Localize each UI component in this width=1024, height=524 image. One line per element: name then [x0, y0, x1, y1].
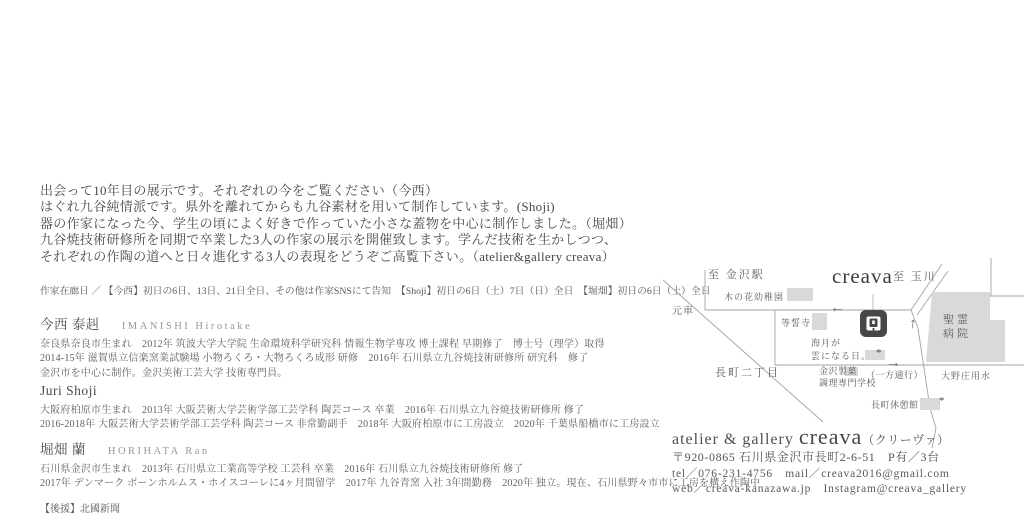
creava-emblem-icon [860, 310, 887, 337]
artist-bio-line: 奈良県奈良市生まれ 2012年 筑波大学大学院 生命環境科学研究科 情報生物学専… [40, 338, 605, 352]
intro-line: 出会って10年目の展示です。それぞれの今をご覧ください（今西） [40, 183, 632, 199]
intro-line: それぞれの作陶の道へと日々進化する3人の表現をどうぞご高覧下さい。（atelie… [40, 249, 632, 265]
arrow-right-icon: → [886, 355, 901, 372]
attendance-days-line: 作家在廊日 ／ 【今西】初日の6日、13日、21日全日、その他は作家SNSにて告… [40, 283, 711, 297]
artist-name-ja: Juri Shoji [40, 383, 97, 398]
gallery-name-line: atelier & gallery creava（クリーヴァ） [672, 424, 950, 450]
intro-paragraph: 出会って10年目の展示です。それぞれの今をご覧ください（今西） はぐれ九谷純情派… [40, 183, 632, 265]
map-label-to-tamagawa: 至 玉川 [893, 268, 937, 284]
gallery-address: 〒920-0865 石川県金沢市長町2-6-51 P有／3台 [672, 448, 940, 465]
building-temple [812, 313, 827, 330]
artist-bio-line: 2016-2018年 大阪芸術大学芸術学部工芸学科 陶芸コース 非常勤副手 20… [40, 418, 660, 432]
map-label-onosho-canal: 大野庄用水 [941, 369, 991, 382]
map-label-kindergarten: 木の花幼稚園 [724, 290, 784, 303]
building-rest-house [920, 398, 940, 410]
road-top-right [990, 258, 1024, 296]
artist-bio-line: 石川県金沢市生まれ 2013年 石川県立工業高等学校 工芸科 卒業 2016年 … [40, 463, 760, 477]
building-kindergarten [787, 288, 813, 301]
artist-bio-line: 金沢市を中心に制作。金沢美術工芸大学 技術専門員。 [40, 367, 605, 381]
map-label-seirei-hospital: 聖霊 病院 [943, 314, 971, 341]
asterisk-marker-icon: * [876, 347, 882, 359]
artist-bio-line: 2014-15年 滋賀県立信楽窯業試験場 小物ろくろ・大物ろくろ成形 研修 20… [40, 352, 605, 366]
gallery-tel-mail: tel／076-231-4756 mail／creava2016@gmail.c… [672, 465, 950, 481]
artist-bio-line: 大阪府柏原市生まれ 2013年 大阪芸術大学芸術学部工芸学科 陶芸コース 卒業 … [40, 404, 660, 418]
artist-profile-horihata: 堀畑 蘭HORIHATA Ran 石川県金沢市生まれ 2013年 石川県立工業高… [40, 438, 760, 492]
asterisk-marker-icon: * [939, 395, 945, 407]
gallery-logotype: creava [799, 424, 862, 449]
artist-profile-imanishi: 今西 泰赳IMANISHI Hirotake 奈良県奈良市生まれ 2012年 筑… [40, 313, 605, 381]
artist-profile-shoji: Juri Shoji 大阪府柏原市生まれ 2013年 大阪芸術大学芸術学部工芸学… [40, 383, 660, 433]
map-label-kurage-cafe: 海月が 雲になる日。 [811, 337, 871, 362]
map-label-motoguruma: 元車 [672, 302, 694, 317]
gallery-name-kana: （クリーヴァ） [862, 433, 949, 447]
intro-line: 器の作家になった今、学生の頃によく好きで作っていた小さな蓋物を中心に制作しました… [40, 216, 632, 232]
artist-name-en: HORIHATA Ran [108, 446, 210, 457]
sponsor-line: 【後援】北國新聞 [40, 500, 120, 515]
arrow-left-icon: ← [830, 300, 845, 317]
artist-name-ja: 堀畑 蘭 [40, 442, 86, 457]
map-label-temple: 等誓寺 [781, 316, 811, 329]
artist-bio-line: 2017年 デンマーク ボーンホルムス・ホイスコーレに4ヶ月間留学 2017年 … [40, 477, 760, 491]
map-label-nagamachi-2chome: 長町二丁目 [715, 364, 780, 380]
gallery-name-prefix: atelier & gallery [672, 431, 799, 448]
access-map: creava 至 金沢駅 至 玉川 木の花幼稚園 元車 等誓寺 海月が 雲になる… [660, 258, 1024, 450]
gallery-web-instagram: web／creava-kanazawa.jp Instagram@creava_… [672, 480, 967, 496]
intro-line: 九谷焼技術研修所を同期で卒業した3人の作家の展示を開催致します。学んだ技術を生か… [40, 232, 632, 248]
map-creava-logotype: creava [832, 264, 893, 289]
map-label-rest-house: 長町休憩館 [871, 398, 919, 411]
artist-name-ja: 今西 泰赳 [40, 317, 100, 332]
artist-name-en: IMANISHI Hirotake [122, 321, 252, 332]
map-label-to-kanazawa-station: 至 金沢駅 [708, 266, 765, 282]
intro-line: はぐれ九谷純情派です。県外を離れてからも九谷素材を用いて制作しています。(Sho… [40, 199, 632, 215]
